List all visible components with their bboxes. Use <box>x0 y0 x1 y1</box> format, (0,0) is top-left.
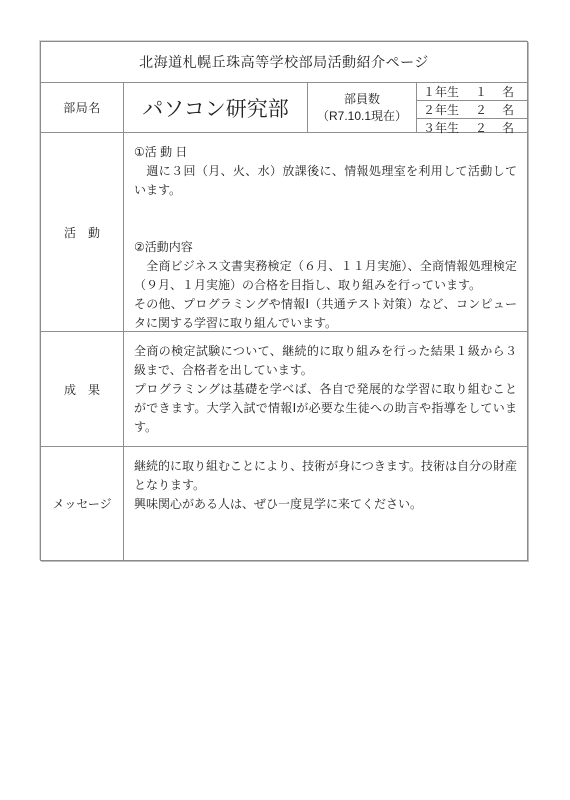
results-section-row: 成 果 全商の検定試験について、継続的に取り組みを行った結果１級から３級まで、合… <box>41 331 527 446</box>
grade-count: ２ <box>475 101 487 118</box>
grade-label: １年生 <box>423 83 459 100</box>
members-count-header: 部員数 （R7.10.1現在） <box>307 83 416 132</box>
grade-count: １ <box>475 83 487 100</box>
grade-row-1: １年生 １ 名 <box>417 83 527 100</box>
message-section-row: メッセージ 継続的に取り組むことにより、技術が身につきます。技術は自分の財産とな… <box>41 446 527 560</box>
grade-count-unit: 名 <box>502 83 514 100</box>
results-section-label: 成 果 <box>41 332 123 446</box>
page-title: 北海道札幌丘珠高等学校部局活動紹介ページ <box>139 52 429 72</box>
grade-counts-table: １年生 １ 名 ２年生 ２ 名 ３年生 ２ 名 <box>416 83 527 132</box>
club-name-label: 部局名 <box>41 83 123 132</box>
grade-count-unit: 名 <box>502 101 514 118</box>
club-introduction-table: 北海道札幌丘珠高等学校部局活動紹介ページ 部局名 パソコン研究部 部員数 （R7… <box>40 41 528 561</box>
activity-section-body: ①活 動 日 週に３回（月、火、水）放課後に、情報処理室を利用して活動しています… <box>123 133 527 331</box>
message-section-label: メッセージ <box>41 447 123 560</box>
activity-section-label: 活 動 <box>41 133 123 331</box>
members-label: 部員数 <box>344 91 380 108</box>
results-section-body: 全商の検定試験について、継続的に取り組みを行った結果１級から３級まで、合格者を出… <box>123 332 527 446</box>
message-section-body: 継続的に取り組むことにより、技術が身につきます。技術は自分の財産となります。 興… <box>123 447 527 560</box>
members-as-of-date: （R7.10.1現在） <box>317 108 407 125</box>
activity-section-row: 活 動 ①活 動 日 週に３回（月、火、水）放課後に、情報処理室を利用して活動し… <box>41 132 527 331</box>
club-name: パソコン研究部 <box>142 93 289 123</box>
grade-row-2: ２年生 ２ 名 <box>417 100 527 118</box>
club-info-row: 部局名 パソコン研究部 部員数 （R7.10.1現在） １年生 １ 名 ２年生 … <box>41 82 527 132</box>
title-row: 北海道札幌丘珠高等学校部局活動紹介ページ <box>41 42 527 82</box>
grade-label: ２年生 <box>423 101 459 118</box>
document-page: 北海道札幌丘珠高等学校部局活動紹介ページ 部局名 パソコン研究部 部員数 （R7… <box>0 0 570 800</box>
club-name-cell: パソコン研究部 <box>123 83 307 132</box>
